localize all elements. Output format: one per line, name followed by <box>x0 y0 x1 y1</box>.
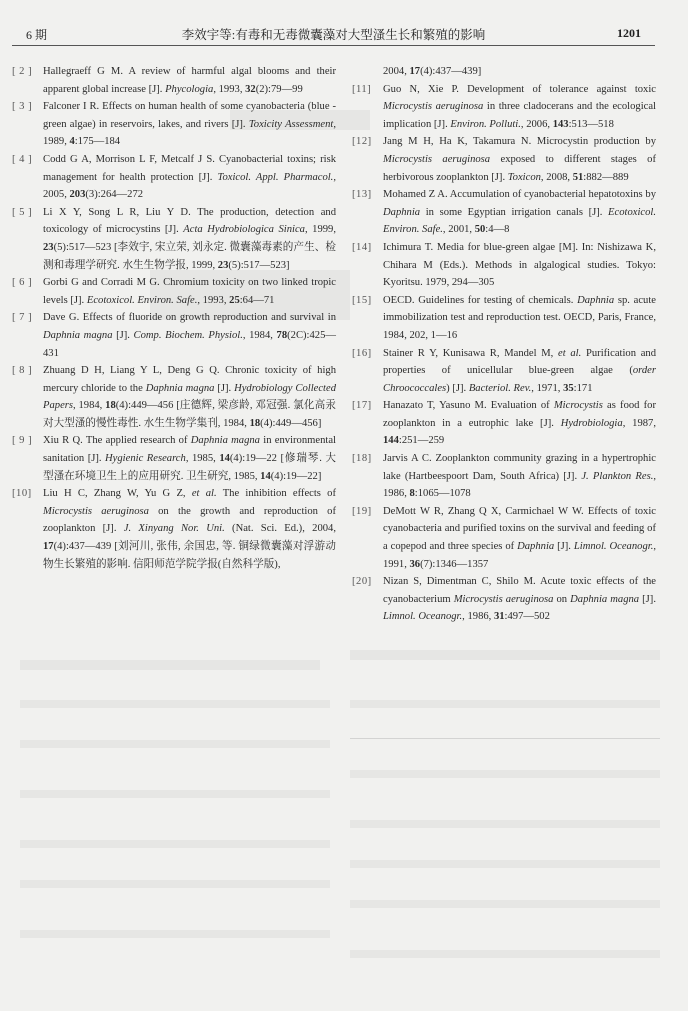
reference-number: [ 6 ] <box>12 274 32 292</box>
reference-text: Dave G. Effects of fluoride on growth re… <box>43 309 336 362</box>
reference-text: Zhuang D H, Liang Y L, Deng G Q. Chronic… <box>43 362 336 432</box>
reference-text: Xiu R Q. The applied research of Daphnia… <box>43 432 336 485</box>
reference-item: [13]Mohamed Z A. Accumulation of cyanoba… <box>352 186 656 239</box>
running-header: 6 期 李效宇等:有毒和无毒微囊藻对大型溞生长和繁殖的影响 1201 <box>12 22 655 38</box>
reference-number: [19] <box>352 503 372 521</box>
reference-item: [12]Jang M H, Ha K, Takamura N. Microcys… <box>352 133 656 186</box>
journal-page: 6 期 李效宇等:有毒和无毒微囊藻对大型溞生长和繁殖的影响 1201 [ 2 ]… <box>0 0 688 1011</box>
reference-number: [ 9 ] <box>12 432 32 450</box>
reference-number: [ 3 ] <box>12 98 32 116</box>
reference-number: [11] <box>352 81 371 99</box>
reference-number: [ 2 ] <box>12 63 32 81</box>
reference-number: [10] <box>12 485 32 503</box>
reference-number: [12] <box>352 133 372 151</box>
reference-item: [16]Stainer R Y, Kunisawa R, Mandel M, e… <box>352 345 656 398</box>
reference-text: Jang M H, Ha K, Takamura N. Microcystin … <box>383 133 656 186</box>
reference-number: [ 7 ] <box>12 309 32 327</box>
reference-item: [11]Guo N, Xie P. Development of toleran… <box>352 81 656 134</box>
reference-item: [ 8 ]Zhuang D H, Liang Y L, Deng G Q. Ch… <box>12 362 336 432</box>
reference-item: [14]Ichimura T. Media for blue-green alg… <box>352 239 656 292</box>
header-rule <box>12 45 655 46</box>
reference-item: [17]Hanazato T, Yasuno M. Evaluation of … <box>352 397 656 450</box>
running-title: 李效宇等:有毒和无毒微囊藻对大型溞生长和繁殖的影响 <box>12 25 655 43</box>
reference-item: [18]Jarvis A C. Zooplankton community gr… <box>352 450 656 503</box>
reference-number: [16] <box>352 345 372 363</box>
reference-text: Nizan S, Dimentman C, Shilo M. Acute tox… <box>383 573 656 626</box>
reference-text: Li X Y, Song L R, Liu Y D. The productio… <box>43 204 336 274</box>
reference-text: DeMott W R, Zhang Q X, Carmichael W W. E… <box>383 503 656 573</box>
reference-item: [ 2 ]Hallegraeff G M. A review of harmfu… <box>12 63 336 98</box>
reference-text: Jarvis A C. Zooplankton community grazin… <box>383 450 656 503</box>
reference-text: Mohamed Z A. Accumulation of cyanobacter… <box>383 186 656 239</box>
reference-continuation: 2004, 17(4):437—439] <box>352 63 656 81</box>
reference-item: [10]Liu H C, Zhang W, Yu G Z, et al. The… <box>12 485 336 573</box>
reference-item: [ 7 ]Dave G. Effects of fluoride on grow… <box>12 309 336 362</box>
reference-text: Ichimura T. Media for blue-green algae [… <box>383 239 656 292</box>
reference-text: Hallegraeff G M. A review of harmful alg… <box>43 63 336 98</box>
reference-number: [13] <box>352 186 372 204</box>
reference-item: [ 5 ]Li X Y, Song L R, Liu Y D. The prod… <box>12 204 336 274</box>
references-right-column: 2004, 17(4):437—439] [11]Guo N, Xie P. D… <box>352 63 656 626</box>
reference-item: [ 6 ]Gorbi G and Corradi M G. Chromium t… <box>12 274 336 309</box>
reference-text: Guo N, Xie P. Development of tolerance a… <box>383 81 656 134</box>
reference-number: [14] <box>352 239 372 257</box>
reference-number: [15] <box>352 292 372 310</box>
reference-text: Gorbi G and Corradi M G. Chromium toxici… <box>43 274 336 309</box>
reference-text: Codd G A, Morrison L F, Metcalf J S. Cya… <box>43 151 336 204</box>
reference-item: [ 4 ]Codd G A, Morrison L F, Metcalf J S… <box>12 151 336 204</box>
reference-text: OECD. Guidelines for testing of chemical… <box>383 292 656 345</box>
reference-item: [20]Nizan S, Dimentman C, Shilo M. Acute… <box>352 573 656 626</box>
reference-text: Falconer I R. Effects on human health of… <box>43 98 336 151</box>
page-number: 1201 <box>617 26 641 41</box>
reference-number: [18] <box>352 450 372 468</box>
reference-text: Hanazato T, Yasuno M. Evaluation of Micr… <box>383 397 656 450</box>
reference-item: [19]DeMott W R, Zhang Q X, Carmichael W … <box>352 503 656 573</box>
reference-item: [15]OECD. Guidelines for testing of chem… <box>352 292 656 345</box>
reference-item: [ 9 ]Xiu R Q. The applied research of Da… <box>12 432 336 485</box>
reference-number: [20] <box>352 573 372 591</box>
reference-text: Liu H C, Zhang W, Yu G Z, et al. The inh… <box>43 485 336 573</box>
reference-number: [ 4 ] <box>12 151 32 169</box>
reference-number: [ 5 ] <box>12 204 32 222</box>
reference-number: [ 8 ] <box>12 362 32 380</box>
reference-number: [17] <box>352 397 372 415</box>
reference-text: Stainer R Y, Kunisawa R, Mandel M, et al… <box>383 345 656 398</box>
references-left-column: [ 2 ]Hallegraeff G M. A review of harmfu… <box>12 63 336 573</box>
reference-item: [ 3 ]Falconer I R. Effects on human heal… <box>12 98 336 151</box>
